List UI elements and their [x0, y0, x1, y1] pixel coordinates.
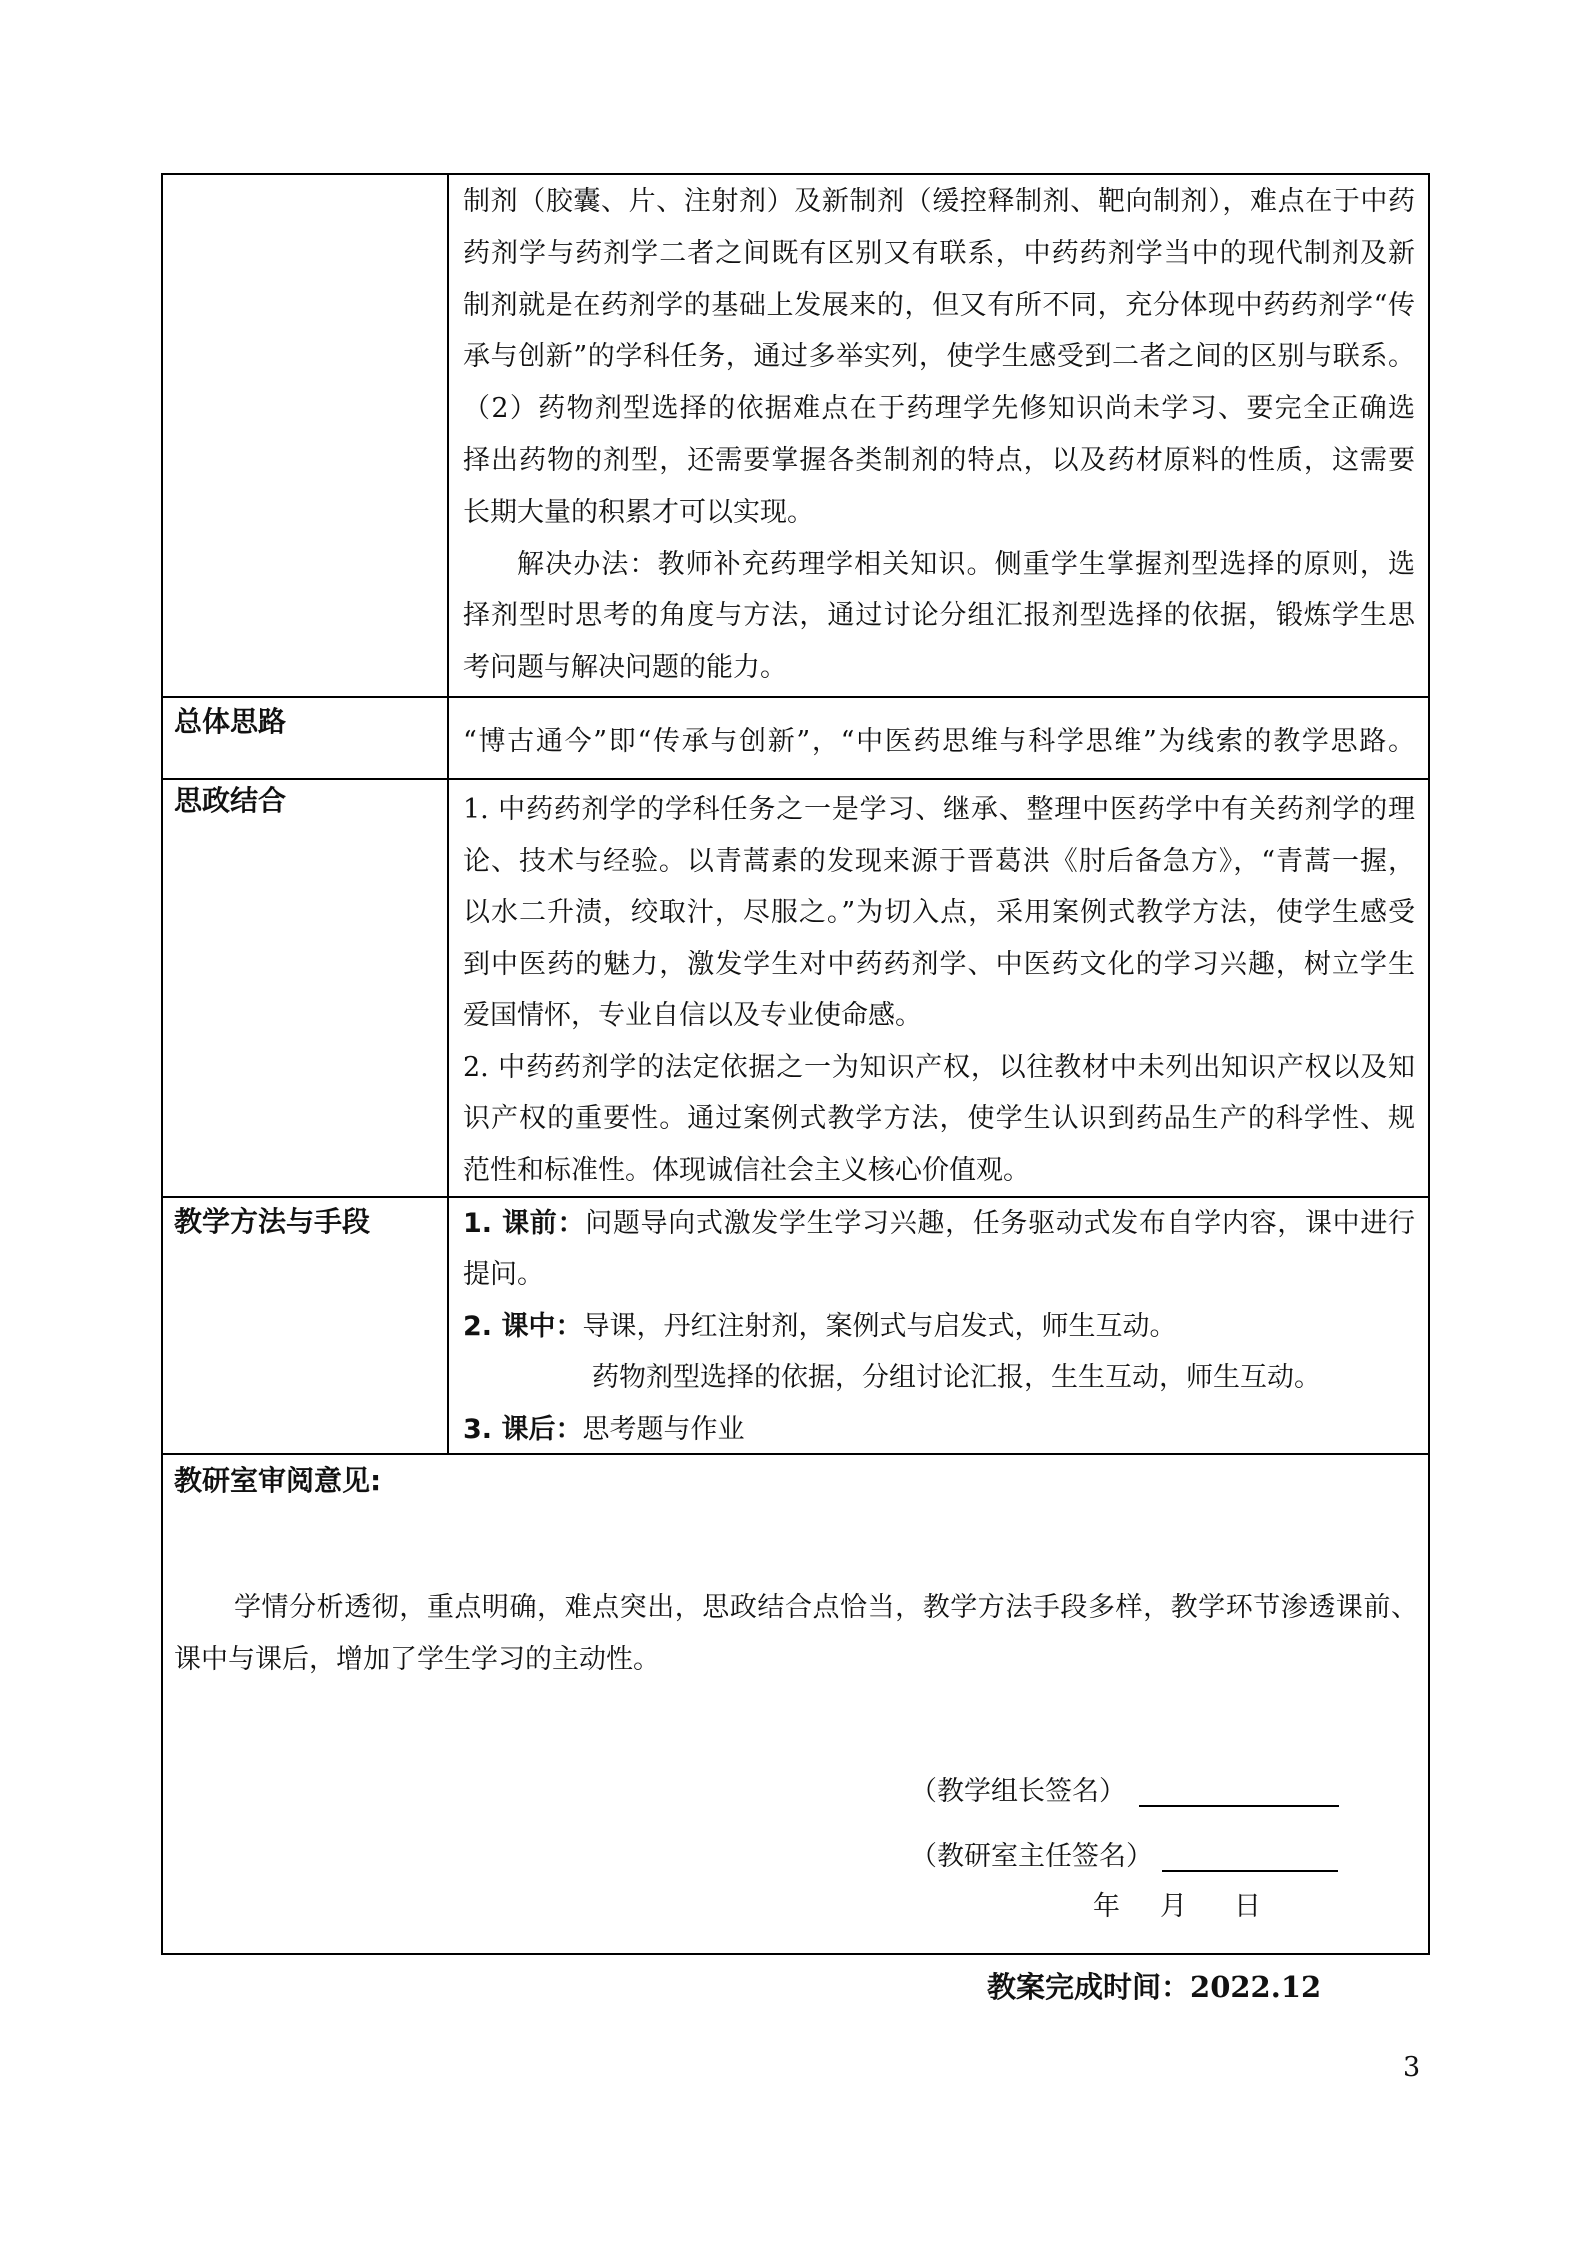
completion-time-label: 教案完成时间：: [987, 1970, 1190, 2004]
year-label: 年: [1093, 1891, 1120, 1922]
text-line: 论、技术与经验。以青蒿素的发现来源于晋葛洪《肘后备急方》，“青蒿一握，: [463, 836, 1415, 888]
table-row-review-comments: 教研室审阅意见: 学情分析透彻，重点明确，难点突出，思政结合点恰当，教学方法手段…: [163, 1455, 1428, 1953]
text-line: 学情分析透彻，重点明确，难点突出，思政结合点恰当，教学方法手段多样，教学环节渗透…: [174, 1582, 1418, 1634]
text-line: 到中医药的魅力，激发学生对中药药剂学、中医药文化的学习兴趣，树立学生: [463, 939, 1415, 991]
document-page: 制剂（胶囊、片、注射剂）及新制剂（缓控释制剂、靶向制剂），难点在于中药 药剂学与…: [0, 0, 1588, 2245]
row2-label: 总体思路: [163, 698, 447, 778]
text-line: 1. 中药药剂学的学科任务之一是学习、继承、整理中医药学中有关药剂学的理: [463, 784, 1415, 836]
row5-label: 教研室审阅意见:: [174, 1465, 381, 1497]
row2-content-cell: “博古通今”即“传承与创新”，“中医药思维与科学思维”为线索的教学思路。: [447, 698, 1428, 778]
text-line: （2）药物剂型选择的依据难点在于药理学先修知识尚未学习、要完全正确选: [463, 383, 1415, 435]
list-item-prefix: 3. 课后：: [463, 1414, 582, 1445]
text-line: 课中与课后，增加了学生学习的主动性。: [174, 1634, 1418, 1686]
office-director-signature-label: （教研室主任签名）: [910, 1842, 1153, 1872]
text-line: 承与创新”的学科任务，通过多举实列，使学生感受到二者之间的区别与联系。: [463, 331, 1415, 383]
table-row-overall-approach: 总体思路 “博古通今”即“传承与创新”，“中医药思维与科学思维”为线索的教学思路…: [163, 698, 1428, 780]
list-item-text: 导课，丹红注射剂，案例式与启发式，师生互动。: [582, 1311, 1176, 1342]
table-row-teaching-methods: 教学方法与手段 1. 课前：问题导向式激发学生学习兴趣，任务驱动式发布自学内容，…: [163, 1198, 1428, 1455]
row4-content-cell: 1. 课前：问题导向式激发学生学习兴趣，任务驱动式发布自学内容，课中进行 提问。…: [447, 1198, 1428, 1453]
text-line: 3. 课后：思考题与作业: [463, 1404, 1415, 1455]
text-line: 择出药物的剂型，还需要掌握各类制剂的特点，以及药材原料的性质，这需要: [463, 435, 1415, 487]
signature-blank-underline: [1162, 1842, 1338, 1872]
teaching-plan-table: 制剂（胶囊、片、注射剂）及新制剂（缓控释制剂、靶向制剂），难点在于中药 药剂学与…: [161, 173, 1430, 1955]
signature-blank-underline: [1139, 1777, 1339, 1807]
row1-label-cell: [163, 175, 447, 696]
list-item-prefix: 2. 课中：: [463, 1311, 582, 1342]
review-paragraph: 学情分析透彻，重点明确，难点突出，思政结合点恰当，教学方法手段多样，教学环节渗透…: [174, 1582, 1418, 1687]
text-line: 识产权的重要性。通过案例式教学方法，使学生认识到药品生产的科学性、规: [463, 1093, 1415, 1145]
office-director-signature-line: （教研室主任签名）: [910, 1842, 1338, 1872]
plan-completion-time: 教案完成时间：2022.12: [987, 1969, 1321, 2006]
list-item-text: 思考题与作业: [582, 1414, 744, 1445]
row3-label: 思政结合: [163, 780, 447, 1196]
text-line: “博古通今”即“传承与创新”，“中医药思维与科学思维”为线索的教学思路。: [463, 719, 1415, 758]
row1-content-cell: 制剂（胶囊、片、注射剂）及新制剂（缓控释制剂、靶向制剂），难点在于中药 药剂学与…: [447, 175, 1428, 696]
row4-label: 教学方法与手段: [163, 1198, 447, 1453]
month-label: 月: [1160, 1891, 1187, 1922]
day-label: 日: [1234, 1891, 1261, 1922]
text-line: 择剂型时思考的角度与方法，通过讨论分组汇报剂型选择的依据，锻炼学生思: [463, 590, 1415, 642]
row3-content-cell: 1. 中药药剂学的学科任务之一是学习、继承、整理中医药学中有关药剂学的理 论、技…: [447, 780, 1428, 1196]
group-leader-signature-line: （教学组长签名）: [910, 1777, 1339, 1807]
page-number: 3: [1403, 2052, 1420, 2083]
text-line: 药剂学与药剂学二者之间既有区别又有联系，中药药剂学当中的现代制剂及新: [463, 228, 1415, 280]
text-line: 1. 课前：问题导向式激发学生学习兴趣，任务驱动式发布自学内容，课中进行: [463, 1198, 1415, 1249]
text-line: 2. 中药药剂学的法定依据之一为知识产权，以往教材中未列出知识产权以及知: [463, 1042, 1415, 1094]
text-line: 爱国情怀，专业自信以及专业使命感。: [463, 990, 1415, 1042]
text-line: 考问题与解决问题的能力。: [463, 642, 1415, 694]
date-line: 年月日: [1093, 1892, 1261, 1922]
list-item-text: 问题导向式激发学生学习兴趣，任务驱动式发布自学内容，课中进行: [585, 1208, 1415, 1239]
text-line: 制剂（胶囊、片、注射剂）及新制剂（缓控释制剂、靶向制剂），难点在于中药: [463, 176, 1415, 228]
table-row-ideological-integration: 思政结合 1. 中药药剂学的学科任务之一是学习、继承、整理中医药学中有关药剂学的…: [163, 780, 1428, 1198]
text-line: 长期大量的积累才可以实现。: [463, 487, 1415, 539]
group-leader-signature-label: （教学组长签名）: [910, 1777, 1126, 1807]
text-line: 以水二升渍，绞取汁，尽服之。”为切入点，采用案例式教学方法，使学生感受: [463, 887, 1415, 939]
text-line: 制剂就是在药剂学的基础上发展来的，但又有所不同，充分体现中药药剂学“传: [463, 280, 1415, 332]
text-line: 范性和标准性。体现诚信社会主义核心价值观。: [463, 1145, 1415, 1197]
text-line: 药物剂型选择的依据，分组讨论汇报，生生互动，师生互动。: [463, 1352, 1415, 1403]
table-row-continuation: 制剂（胶囊、片、注射剂）及新制剂（缓控释制剂、靶向制剂），难点在于中药 药剂学与…: [163, 175, 1428, 698]
list-item-prefix: 1. 课前：: [463, 1208, 585, 1239]
text-line: 2. 课中：导课，丹红注射剂，案例式与启发式，师生互动。: [463, 1301, 1415, 1352]
text-line: 解决办法：教师补充药理学相关知识。侧重学生掌握剂型选择的原则，选: [463, 539, 1415, 591]
text-line: 提问。: [463, 1249, 1415, 1300]
completion-time-value: 2022.12: [1190, 1970, 1321, 2004]
